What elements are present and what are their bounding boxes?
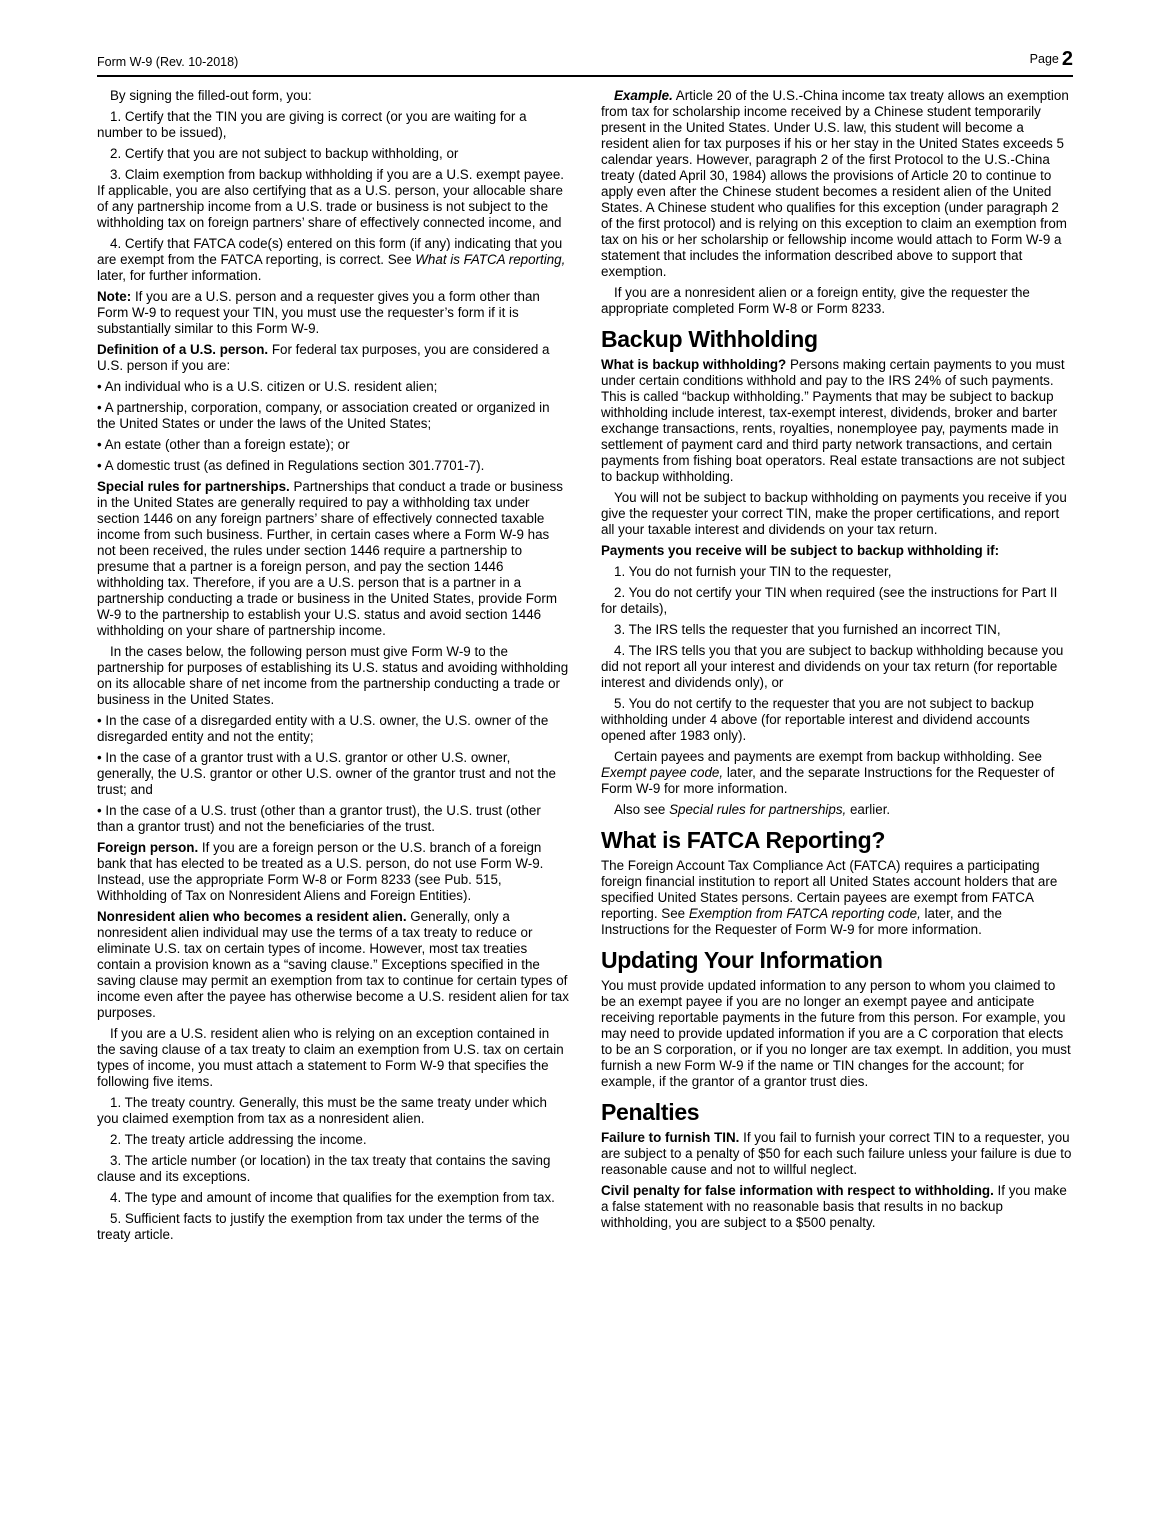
form-revision-label: Form W-9 (Rev. 10-2018) bbox=[97, 56, 238, 70]
saving-clause-exception: If you are a U.S. resident alien who is … bbox=[97, 1026, 569, 1090]
updating-information-text: You must provide updated information to … bbox=[601, 978, 1073, 1090]
page-label: Page bbox=[1030, 52, 1059, 66]
partnership-bullet-3: • In the case of a U.S. trust (other tha… bbox=[97, 803, 569, 835]
exempt-payees: Certain payees and payments are exempt f… bbox=[601, 749, 1073, 797]
certification-item-3: 3. Claim exemption from backup withholdi… bbox=[97, 167, 569, 231]
fatca-reporting-text: The Foreign Account Tax Compliance Act (… bbox=[601, 858, 1073, 938]
bold-lead-in: Special rules for partnerships. bbox=[97, 479, 290, 494]
us-person-bullet-3: • An estate (other than a foreign estate… bbox=[97, 437, 569, 453]
header-divider bbox=[97, 75, 1073, 77]
definition-us-person: Definition of a U.S. person. For federal… bbox=[97, 342, 569, 374]
bold-lead-in: Definition of a U.S. person. bbox=[97, 342, 268, 357]
backup-condition-3: 3. The IRS tells the requester that you … bbox=[601, 622, 1073, 638]
treaty-item-2: 2. The treaty article addressing the inc… bbox=[97, 1132, 569, 1148]
bold-italic-lead-in: Example. bbox=[614, 88, 673, 103]
page-number-value: 2 bbox=[1062, 48, 1073, 70]
italic-reference: Exempt payee code, bbox=[601, 765, 723, 780]
treaty-item-4: 4. The type and amount of income that qu… bbox=[97, 1190, 569, 1206]
civil-penalty-false-info: Civil penalty for false information with… bbox=[601, 1183, 1073, 1231]
not-subject-if: You will not be subject to backup withho… bbox=[601, 490, 1073, 538]
treaty-item-1: 1. The treaty country. Generally, this m… bbox=[97, 1095, 569, 1127]
failure-to-furnish-tin: Failure to furnish TIN. If you fail to f… bbox=[601, 1130, 1073, 1178]
certification-item-1: 1. Certify that the TIN you are giving i… bbox=[97, 109, 569, 141]
partnership-bullet-2: • In the case of a grantor trust with a … bbox=[97, 750, 569, 798]
page-number: Page2 bbox=[1030, 48, 1073, 70]
certification-item-4: 4. Certify that FATCA code(s) entered on… bbox=[97, 236, 569, 284]
backup-condition-1: 1. You do not furnish your TIN to the re… bbox=[601, 564, 1073, 580]
page-header: Form W-9 (Rev. 10-2018) Page2 bbox=[97, 48, 1073, 75]
us-person-bullet-1: • An individual who is a U.S. citizen or… bbox=[97, 379, 569, 395]
italic-reference: What is FATCA reporting, bbox=[415, 252, 565, 267]
document-page: Form W-9 (Rev. 10-2018) Page2 By signing… bbox=[0, 0, 1170, 1523]
backup-condition-2: 2. You do not certify your TIN when requ… bbox=[601, 585, 1073, 617]
bold-lead-in: Foreign person. bbox=[97, 840, 198, 855]
us-person-bullet-2: • A partnership, corporation, company, o… bbox=[97, 400, 569, 432]
intro-by-signing: By signing the filled-out form, you: bbox=[97, 88, 569, 104]
heading-penalties: Penalties bbox=[601, 1099, 1073, 1125]
left-column: By signing the filled-out form, you:1. C… bbox=[97, 88, 569, 1248]
cases-below-intro: In the cases below, the following person… bbox=[97, 644, 569, 708]
treaty-item-5: 5. Sufficient facts to justify the exemp… bbox=[97, 1211, 569, 1243]
treaty-item-3: 3. The article number (or location) in t… bbox=[97, 1153, 569, 1185]
us-person-bullet-4: • A domestic trust (as defined in Regula… bbox=[97, 458, 569, 474]
note-paragraph: Note: If you are a U.S. person and a req… bbox=[97, 289, 569, 337]
special-rules-partnerships: Special rules for partnerships. Partners… bbox=[97, 479, 569, 639]
bold-lead-in: Civil penalty for false information with… bbox=[601, 1183, 994, 1198]
bold-lead-in: Note: bbox=[97, 289, 131, 304]
two-column-body: By signing the filled-out form, you:1. C… bbox=[97, 88, 1073, 1248]
bold-lead-in: Failure to furnish TIN. bbox=[601, 1130, 739, 1145]
certification-item-2: 2. Certify that you are not subject to b… bbox=[97, 146, 569, 162]
partnership-bullet-1: • In the case of a disregarded entity wi… bbox=[97, 713, 569, 745]
nonresident-give-w8: If you are a nonresident alien or a fore… bbox=[601, 285, 1073, 317]
payments-subject-lead: Payments you receive will be subject to … bbox=[601, 543, 1073, 559]
bold-lead-in: What is backup withholding? bbox=[601, 357, 786, 372]
italic-reference: Special rules for partnerships, bbox=[669, 802, 846, 817]
backup-condition-5: 5. You do not certify to the requester t… bbox=[601, 696, 1073, 744]
italic-reference: Exemption from FATCA reporting code, bbox=[689, 906, 921, 921]
right-column: Example. Article 20 of the U.S.-China in… bbox=[601, 88, 1073, 1248]
bold-lead-in: Payments you receive will be subject to … bbox=[601, 543, 999, 558]
heading-backup-withholding: Backup Withholding bbox=[601, 326, 1073, 352]
also-see: Also see Special rules for partnerships,… bbox=[601, 802, 1073, 818]
backup-condition-4: 4. The IRS tells you that you are subjec… bbox=[601, 643, 1073, 691]
heading-updating-your-information: Updating Your Information bbox=[601, 947, 1073, 973]
nonresident-alien-resident-alien: Nonresident alien who becomes a resident… bbox=[97, 909, 569, 1021]
what-is-backup-withholding: What is backup withholding? Persons maki… bbox=[601, 357, 1073, 485]
example-us-china: Example. Article 20 of the U.S.-China in… bbox=[601, 88, 1073, 280]
heading-what-is-fatca-reporting: What is FATCA Reporting? bbox=[601, 827, 1073, 853]
bold-lead-in: Nonresident alien who becomes a resident… bbox=[97, 909, 407, 924]
foreign-person: Foreign person. If you are a foreign per… bbox=[97, 840, 569, 904]
